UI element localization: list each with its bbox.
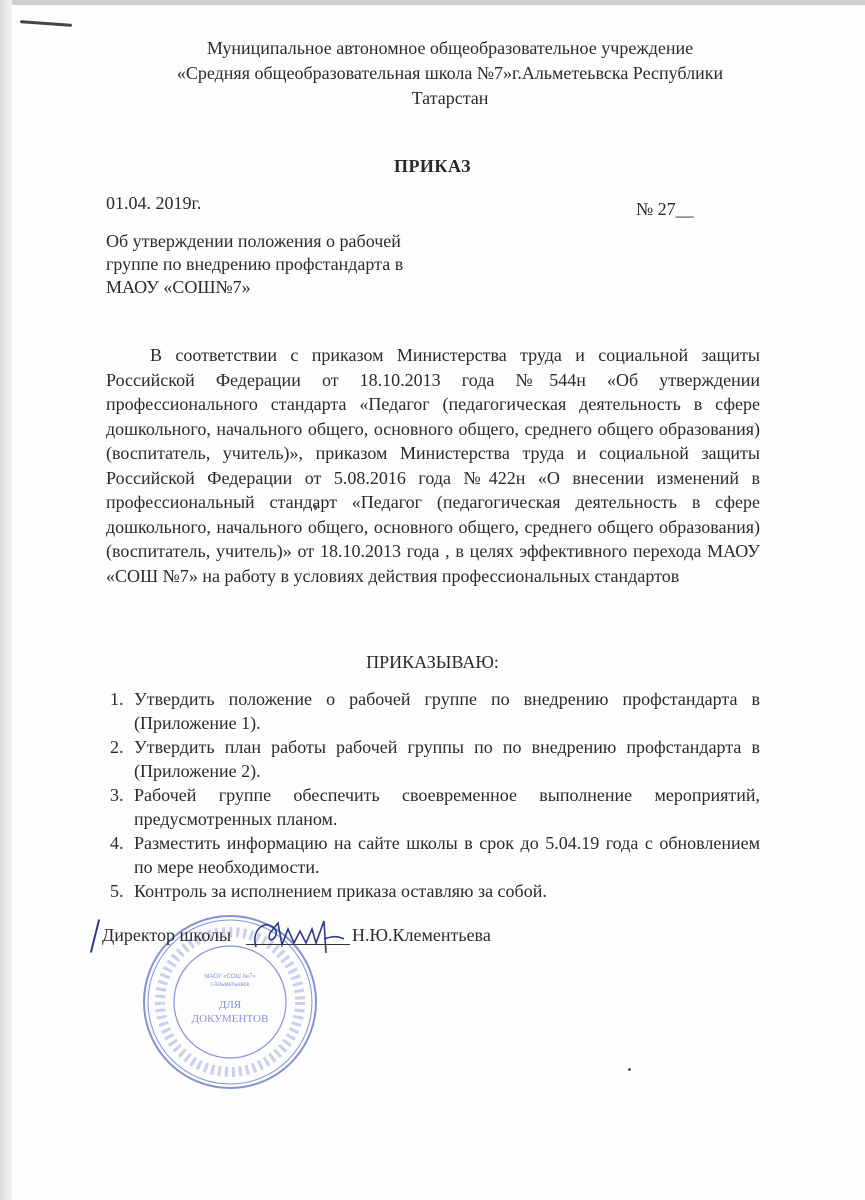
- item-text: Контроль за исполнением приказа оставляю…: [134, 881, 547, 901]
- signatory-role: Директор школы: [102, 925, 231, 946]
- item-text: Разместить информацию на сайте школы в с…: [134, 833, 760, 877]
- subject-line-2: группе по внедрению профстандарта в: [106, 253, 466, 276]
- header-line-3: Татарстан: [100, 86, 800, 111]
- item-number: 1.: [110, 687, 124, 711]
- scan-edge-top: [0, 0, 865, 5]
- order-item: 2.Утвердить план работы рабочей группы п…: [106, 735, 760, 783]
- preamble-paragraph: В соответствии с приказом Министерства т…: [106, 343, 760, 588]
- stamp-center-line-1: ДЛЯ: [219, 999, 242, 1011]
- item-text: Утвердить план работы рабочей группы по …: [134, 737, 760, 781]
- pen-mark: [20, 20, 72, 27]
- item-number: 4.: [110, 831, 124, 855]
- order-item: 5.Контроль за исполнением приказа оставл…: [106, 879, 760, 903]
- order-subject: Об утверждении положения о рабочей групп…: [106, 230, 466, 299]
- stamp-center-line-2: ДОКУМЕНТОВ: [192, 1013, 269, 1025]
- document-title: ПРИКАЗ: [0, 156, 865, 177]
- order-date: 01.04. 2019г.: [106, 193, 201, 214]
- order-items-list: 1.Утвердить положение о рабочей группе п…: [106, 687, 760, 903]
- institution-header: Муниципальное автономное общеобразовател…: [100, 36, 800, 111]
- header-line-1: Муниципальное автономное общеобразовател…: [100, 36, 800, 61]
- order-number: № 27__: [636, 199, 694, 220]
- scan-edge-left: [0, 0, 12, 1200]
- pen-slash-mark: [90, 919, 100, 952]
- header-line-2: «Средняя общеобразовательная школа №7»г.…: [100, 61, 800, 86]
- stamp-inner-small-2: г.Альметьевск: [211, 982, 250, 988]
- item-text: Рабочей группе обеспечить своевременное …: [134, 785, 760, 829]
- scan-speck: [314, 505, 317, 510]
- subject-line-1: Об утверждении положения о рабочей: [106, 230, 466, 253]
- item-number: 2.: [110, 735, 124, 759]
- item-text: Утвердить положение о рабочей группе по …: [134, 689, 760, 733]
- order-item: 1.Утвердить положение о рабочей группе п…: [106, 687, 760, 735]
- stamp-inner-small-1: МАОУ «СОШ №7»: [204, 973, 256, 980]
- scan-speck: [628, 1068, 631, 1071]
- handwritten-signature: [248, 909, 358, 959]
- signature-block: Директор школы Н.Ю.Клементьева: [100, 925, 800, 955]
- order-item: 4.Разместить информацию на сайте школы в…: [106, 831, 760, 879]
- signatory-name: Н.Ю.Клементьева: [352, 925, 491, 946]
- item-number: 5.: [110, 879, 124, 903]
- subject-line-3: МАОУ «СОШ№7»: [106, 276, 466, 299]
- order-item: 3.Рабочей группе обеспечить своевременно…: [106, 783, 760, 831]
- item-number: 3.: [110, 783, 124, 807]
- order-directive-heading: ПРИКАЗЫВАЮ:: [0, 652, 865, 673]
